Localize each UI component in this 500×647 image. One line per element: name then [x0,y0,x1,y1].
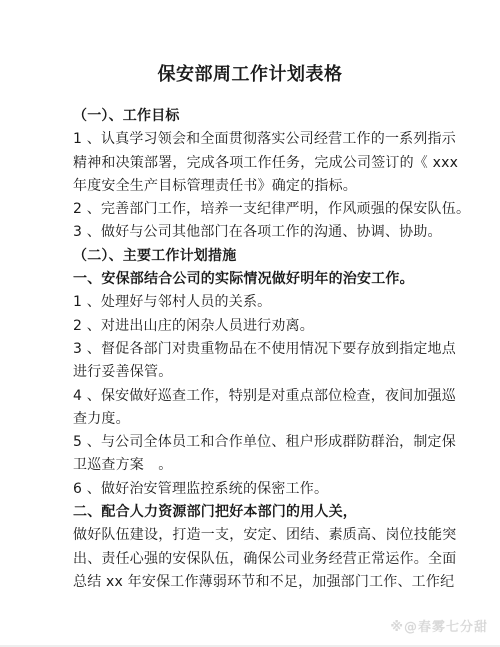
watermark: ※@春雾七分甜 [390,616,488,635]
hr-paragraph-line-1: 做好队伍建设，打造一支，安定、团结、素质高、岗位技能突 [73,524,473,547]
document-body: （一）、工作目标 1 、认真学习领会和全面贯彻落实公司经营工作的一系列指示 精神… [73,105,473,594]
subsection-heading-security: 一、安保部结合公司的实际情况做好明年的治安工作。 [73,268,473,291]
measure-item-2: 2 、对进出山庄的闲杂人员进行劝离。 [73,315,473,338]
measure-item-6: 6 、做好治安管理监控系统的保密工作。 [73,478,473,501]
hr-paragraph-line-3: 总结 xx 年安保工作薄弱环节和不足，加强部门工作、工作纪 [73,571,473,594]
goal-item-2: 2 、完善部门工作，培养一支纪律严明，作风顽强的保安队伍。 [73,198,473,221]
document-title: 保安部周工作计划表格 [0,60,500,86]
measure-item-3: 3 、督促各部门对贵重物品在不使用情况下要存放到指定地点 [73,338,473,361]
measure-item-4-cont: 查力度。 [73,408,473,431]
section-heading-measures: （二）、主要工作计划措施 [73,245,473,268]
measure-item-5: 5 、与公司全体员工和合作单位、租户形成群防群治，制定保 [73,431,473,454]
measure-item-3-cont: 进行妥善保管。 [73,361,473,384]
goal-item-1: 1 、认真学习领会和全面贯彻落实公司经营工作的一系列指示 [73,128,473,151]
goal-item-1-cont2: 年度安全生产目标管理责任书》确定的指标。 [73,175,473,198]
measure-item-1: 1 、处理好与邻村人员的关系。 [73,291,473,314]
section-heading-goals: （一）、工作目标 [73,105,473,128]
goal-item-1-cont: 精神和决策部署，完成各项工作任务，完成公司签订的《 xxx [73,152,473,175]
goal-item-3: 3 、做好与公司其他部门在各项工作的沟通、协调、协助。 [73,221,473,244]
measure-item-5-cont: 卫巡查方案 。 [73,454,473,477]
measure-item-4: 4 、保安做好巡查工作，特别是对重点部位检查，夜间加强巡 [73,385,473,408]
hr-paragraph-line-2: 出、责任心强的安保队伍，确保公司业务经营正常运作。全面 [73,548,473,571]
subsection-heading-hr: 二、配合人力资源部门把好本部门的用人关， [73,501,473,524]
